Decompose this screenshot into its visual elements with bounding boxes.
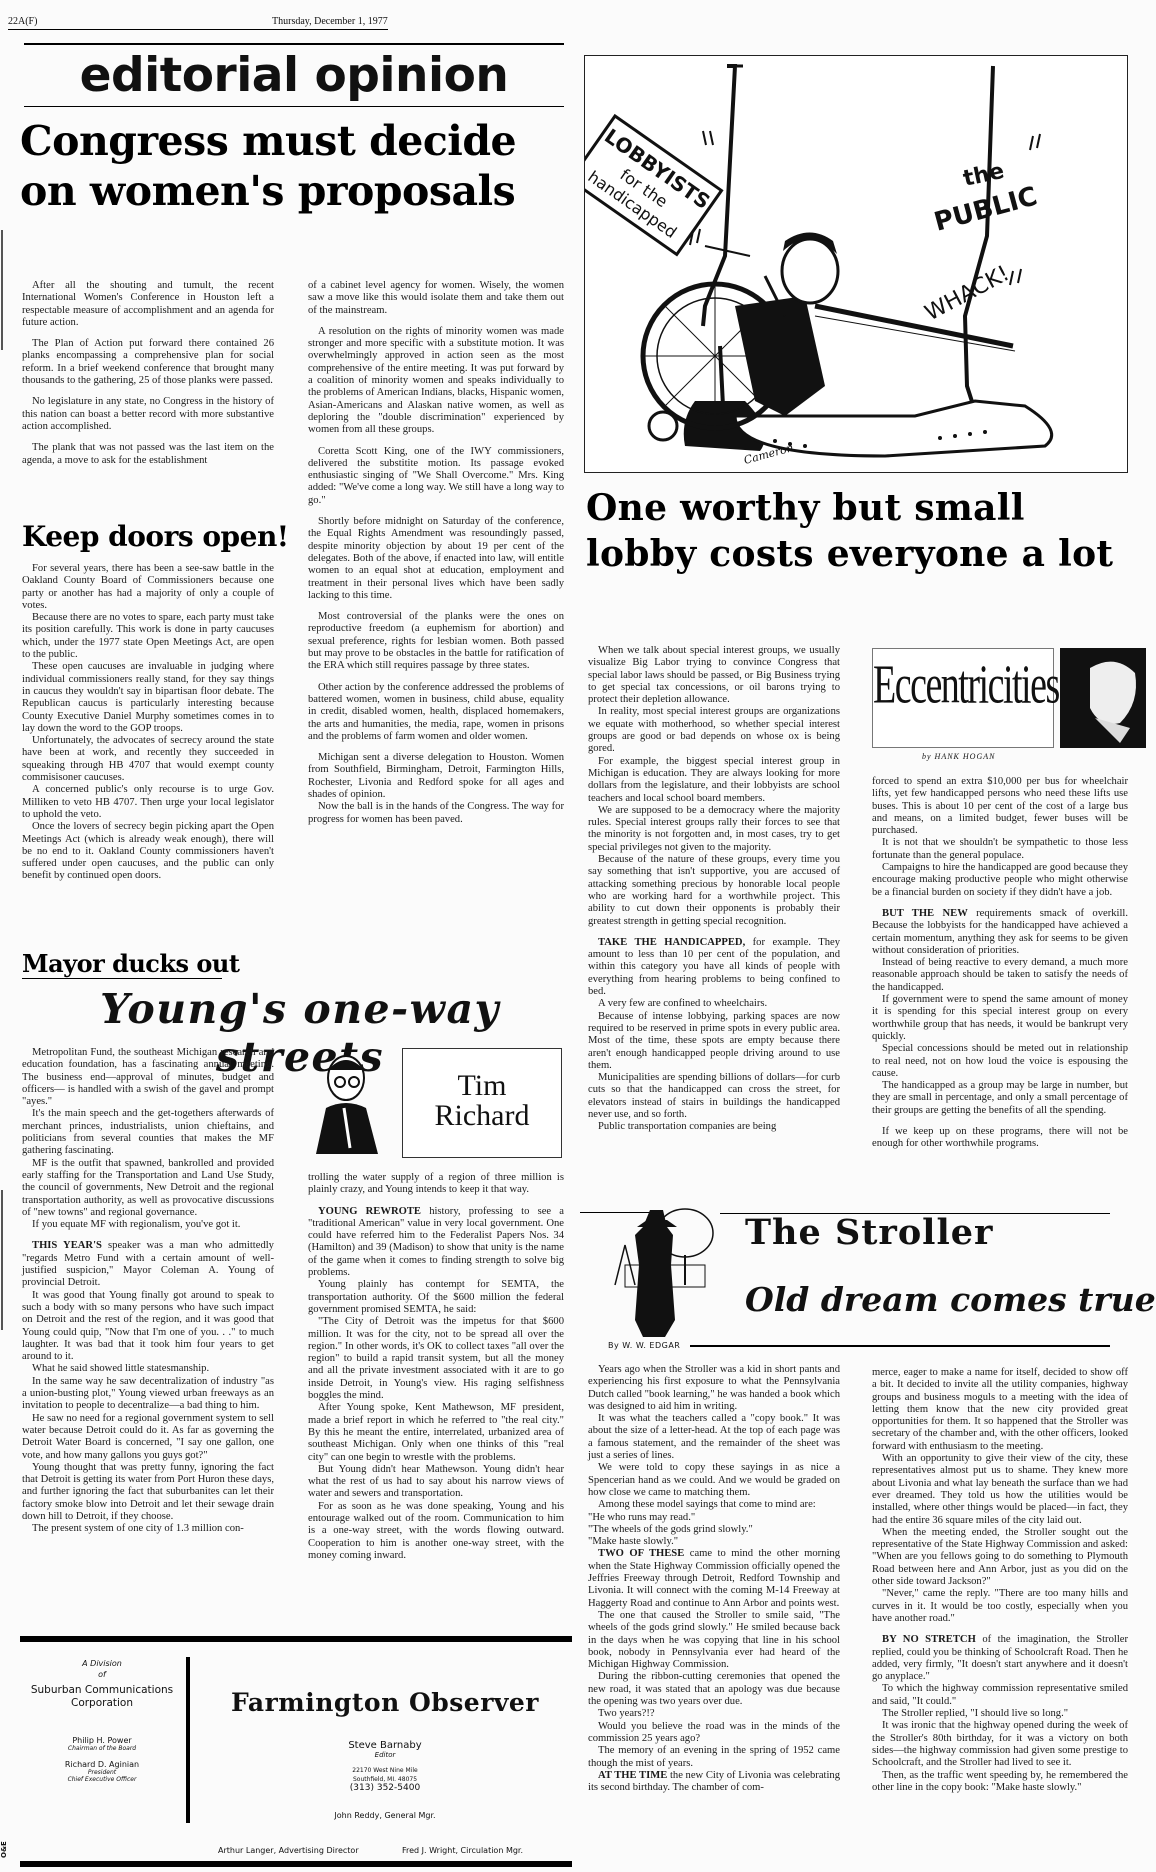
paragraph: For as soon as he was done speaking, You… xyxy=(308,1501,564,1562)
stroller-column-1: Years ago when the Stroller was a kid in… xyxy=(588,1364,840,1794)
paragraph: Years ago when the Stroller was a kid in… xyxy=(588,1364,840,1413)
paragraph: With an opportunity to give their view o… xyxy=(872,1453,1128,1527)
masthead-bottom-rule xyxy=(24,106,564,107)
lobby-column-2: forced to spend an extra $10,000 per bus… xyxy=(872,776,1128,1151)
paragraph: MF is the outfit that spawned, bankrolle… xyxy=(22,1158,274,1219)
paragraph: BY NO STRETCH of the imagination, the St… xyxy=(872,1634,1128,1683)
keep-doors-body: For several years, there has been a see-… xyxy=(22,563,274,883)
president-title: President xyxy=(22,1769,182,1776)
columnist-portrait-icon xyxy=(306,1048,386,1154)
division-line2: of xyxy=(22,1669,182,1680)
paragraph: Coretta Scott King, one of the IWY commi… xyxy=(308,446,564,507)
keep-doors-headline: Keep doors open! xyxy=(22,520,289,554)
paragraph: Would you believe the road was in the mi… xyxy=(588,1721,840,1746)
paragraph: Unfortunately, the advocates of secrecy … xyxy=(22,735,274,784)
editor-name: Steve Barnaby xyxy=(200,1740,570,1751)
paragraph: "Make haste slowly." xyxy=(588,1536,840,1548)
corporate-info: A Division of Suburban Communications Co… xyxy=(22,1658,182,1783)
young-column-2: trolling the water supply of a region of… xyxy=(308,1172,564,1562)
paragraph: Michigan sent a diverse delegation to Ho… xyxy=(308,752,564,801)
newspaper-nameplate: Farmington Observer xyxy=(200,1688,570,1717)
paragraph: A concerned public's only recourse is to… xyxy=(22,784,274,821)
column-byline: by HANK HOGAN xyxy=(872,752,1142,761)
footer-top-bar xyxy=(20,1636,572,1642)
company-name-line2: Corporation xyxy=(22,1697,182,1710)
young-column-1: Metropolitan Fund, the southeast Michiga… xyxy=(22,1047,274,1536)
paragraph: THIS YEAR'S speaker was a man who admitt… xyxy=(22,1240,274,1289)
edge-mark: O&E xyxy=(0,1841,8,1858)
congress-column-2: of a cabinet level agency for women. Wis… xyxy=(308,280,564,826)
editorial-cartoon: LOBBYISTS for the handicapped the PUBLIC… xyxy=(584,55,1128,473)
paragraph: It was good that Young finally got aroun… xyxy=(22,1290,274,1364)
lobby-column-1: When we talk about special interest grou… xyxy=(588,645,840,1134)
columnist-photo-tim-richard xyxy=(306,1048,386,1154)
paragraph: YOUNG REWROTE history, professing to see… xyxy=(308,1206,564,1280)
paragraph: Metropolitan Fund, the southeast Michiga… xyxy=(22,1047,274,1108)
paragraph: After all the shouting and tumult, the r… xyxy=(22,280,274,329)
kicker-rule xyxy=(22,978,222,979)
cartoon-illustration-icon: LOBBYISTS for the handicapped the PUBLIC… xyxy=(585,56,1128,473)
paragraph: TAKE THE HANDICAPPED, for example. They … xyxy=(588,937,840,998)
circulation-manager: Fred J. Wright, Circulation Mgr. xyxy=(402,1846,523,1855)
paragraph: AT THE TIME the new City of Livonia was … xyxy=(588,1770,840,1795)
phone-number: (313) 352-5400 xyxy=(200,1783,570,1793)
paragraph: If you equate MF with regionalism, you'v… xyxy=(22,1219,274,1231)
paragraph: "Never," came the reply. "There are too … xyxy=(872,1588,1128,1625)
paragraph: The one that caused the Stroller to smil… xyxy=(588,1610,840,1671)
paragraph: Young thought that was pretty funny, ign… xyxy=(22,1462,274,1523)
paragraph: If we keep up on these programs, there w… xyxy=(872,1126,1128,1151)
address-line1: 22170 West Nine Mile xyxy=(200,1767,570,1774)
paragraph: Most controversial of the planks were th… xyxy=(308,611,564,672)
young-kicker: Mayor ducks out xyxy=(22,950,239,978)
congress-headline-line1: Congress must decide xyxy=(20,116,516,166)
address-line2: Southfield, MI. 48075 xyxy=(200,1776,570,1783)
paragraph: For example, the biggest special interes… xyxy=(588,756,840,805)
columnist-portrait-icon xyxy=(1060,648,1146,748)
chairman-name: Philip H. Power xyxy=(22,1736,182,1745)
paragraph: Shortly before midnight on Saturday of t… xyxy=(308,516,564,602)
congress-column-1: After all the shouting and tumult, the r… xyxy=(22,280,274,467)
paragraph: If government were to spend the same amo… xyxy=(872,994,1128,1043)
paragraph: "The City of Detroit was the impetus for… xyxy=(308,1316,564,1402)
paragraph: Among these model sayings that come to m… xyxy=(588,1499,840,1511)
section-title: editorial opinion xyxy=(24,48,564,103)
paragraph: The handicapped as a group may be large … xyxy=(872,1080,1128,1117)
advertising-director: Arthur Langer, Advertising Director xyxy=(218,1846,359,1855)
paragraph: Then, as the traffic went speeding by, h… xyxy=(872,1770,1128,1795)
stroller-byline: By W. W. EDGAR xyxy=(608,1341,680,1350)
paragraph: A very few are confined to wheelchairs. xyxy=(588,998,840,1010)
paragraph: After Young spoke, Kent Mathewson, MF pr… xyxy=(308,1402,564,1463)
paragraph: Public transportation companies are bein… xyxy=(588,1121,840,1133)
paragraph: No legislature in any state, no Congress… xyxy=(22,396,274,433)
paragraph: The plank that was not passed was the la… xyxy=(22,442,274,467)
paragraph: "The wheels of the gods grind slowly." xyxy=(588,1524,840,1536)
tim-richard-logo-box: Tim Richard xyxy=(402,1048,562,1158)
company-name-line1: Suburban Communications xyxy=(22,1684,182,1697)
paragraph: Because of the nature of these groups, e… xyxy=(588,854,840,928)
stroller-headline: Old dream comes true xyxy=(745,1280,1156,1319)
stroller-silhouette-icon xyxy=(605,1205,715,1340)
paragraph: These open caucuses are invaluable in ju… xyxy=(22,661,274,735)
paragraph: We are supposed to be a democracy where … xyxy=(588,805,840,854)
lobby-headline-line1: One worthy but small xyxy=(586,485,1113,531)
paragraph: BUT THE NEW requirements smack of overki… xyxy=(872,908,1128,957)
paragraph: Other action by the conference addressed… xyxy=(308,682,564,743)
paragraph: The Stroller replied, "I should live so … xyxy=(872,1708,1128,1720)
page-edge-mark xyxy=(1,1190,3,1330)
columnist-first-name: Tim xyxy=(403,1071,561,1101)
chairman-title: Chairman of the Board xyxy=(22,1745,182,1752)
paragraph: When the meeting ended, the Stroller sou… xyxy=(872,1527,1128,1588)
paragraph: Two years?!? xyxy=(588,1708,840,1720)
paragraph: He saw no need for a regional government… xyxy=(22,1413,274,1462)
masthead-top-rule xyxy=(24,43,564,45)
paragraph: In reality, most special interest groups… xyxy=(588,706,840,755)
lobby-headline-line2: lobby costs everyone a lot xyxy=(586,531,1113,577)
paragraph: But Young didn't hear Mathewson. Young d… xyxy=(308,1464,564,1501)
paragraph: Once the lovers of secrecy begin picking… xyxy=(22,821,274,882)
paragraph: Instead of being reactive to every deman… xyxy=(872,957,1128,994)
congress-headline-line2: on women's proposals xyxy=(20,166,516,216)
paragraph: A resolution on the rights of minority w… xyxy=(308,326,564,437)
stroller-silhouette xyxy=(605,1205,715,1340)
columnist-name: Tim Richard xyxy=(403,1071,561,1131)
paragraph: Campaigns to hire the handicapped are go… xyxy=(872,862,1128,899)
paragraph: The Plan of Action put forward there con… xyxy=(22,338,274,387)
stroller-logo: The Stroller xyxy=(745,1212,993,1253)
paragraph: The present system of one city of 1.3 mi… xyxy=(22,1523,274,1535)
lobby-headline: One worthy but small lobby costs everyon… xyxy=(586,485,1113,577)
paragraph: of a cabinet level agency for women. Wis… xyxy=(308,280,564,317)
folio-rule xyxy=(8,29,388,30)
paragraph: During the ribbon-cutting ceremonies tha… xyxy=(588,1671,840,1708)
paragraph: forced to spend an extra $10,000 per bus… xyxy=(872,776,1128,837)
paragraph: "He who runs may read." xyxy=(588,1512,840,1524)
general-manager: John Reddy, General Mgr. xyxy=(200,1811,570,1820)
page-edge-mark xyxy=(1,230,3,350)
paragraph: For several years, there has been a see-… xyxy=(22,563,274,612)
paragraph: TWO OF THESE came to mind the other morn… xyxy=(588,1548,840,1609)
editor-title: Editor xyxy=(200,1751,570,1759)
paragraph: It was ironic that the highway opened du… xyxy=(872,1720,1128,1769)
division-line1: A Division xyxy=(22,1658,182,1669)
page-date: Thursday, December 1, 1977 xyxy=(272,16,388,27)
paragraph: trolling the water supply of a region of… xyxy=(308,1172,564,1197)
paragraph: It's the main speech and the get-togethe… xyxy=(22,1108,274,1157)
paragraph: To which the highway commission represen… xyxy=(872,1683,1128,1708)
paragraph: In the same way he saw decentralization … xyxy=(22,1376,274,1413)
columnist-photo xyxy=(1060,648,1146,748)
congress-headline: Congress must decide on women's proposal… xyxy=(20,116,516,216)
paragraph: We were told to copy these sayings in as… xyxy=(588,1462,840,1499)
paragraph: Because of intense lobbying, parking spa… xyxy=(588,1011,840,1072)
paragraph: merce, eager to make a name for itself, … xyxy=(872,1367,1128,1453)
footer-bottom-bar xyxy=(20,1861,572,1867)
stroller-column-2: merce, eager to make a name for itself, … xyxy=(872,1367,1128,1794)
paragraph: When we talk about special interest grou… xyxy=(588,645,840,706)
paragraph: It is not that we shouldn't be sympathet… xyxy=(872,837,1128,862)
column-logo: Eccentricities xyxy=(873,653,1053,717)
paragraph: The memory of an evening in the spring o… xyxy=(588,1745,840,1770)
paragraph: What he said showed little statesmanship… xyxy=(22,1363,274,1375)
editor-info: Steve Barnaby Editor 22170 West Nine Mil… xyxy=(200,1740,570,1820)
stroller-bottom-rule xyxy=(690,1345,1110,1347)
page-folio: 22A(F) xyxy=(8,16,37,27)
paragraph: Special concessions should be meted out … xyxy=(872,1043,1128,1080)
columnist-last-name: Richard xyxy=(403,1101,561,1131)
president-name: Richard D. Aginian xyxy=(22,1760,182,1769)
eccentricities-logo-box: Eccentricities xyxy=(872,648,1054,748)
svg-text:WHACK!: WHACK! xyxy=(921,261,1014,326)
footer-divider xyxy=(186,1657,190,1823)
paragraph: Young plainly has contempt for SEMTA, th… xyxy=(308,1279,564,1316)
paragraph: It was what the teachers called a "copy … xyxy=(588,1413,840,1462)
paragraph: Now the ball is in the hands of the Cong… xyxy=(308,801,564,826)
paragraph: Because there are no votes to spare, eac… xyxy=(22,612,274,661)
paragraph: Municipalities are spending billions of … xyxy=(588,1072,840,1121)
svg-text:the: the xyxy=(961,159,1006,192)
ceo-title: Chief Executive Officer xyxy=(22,1776,182,1783)
